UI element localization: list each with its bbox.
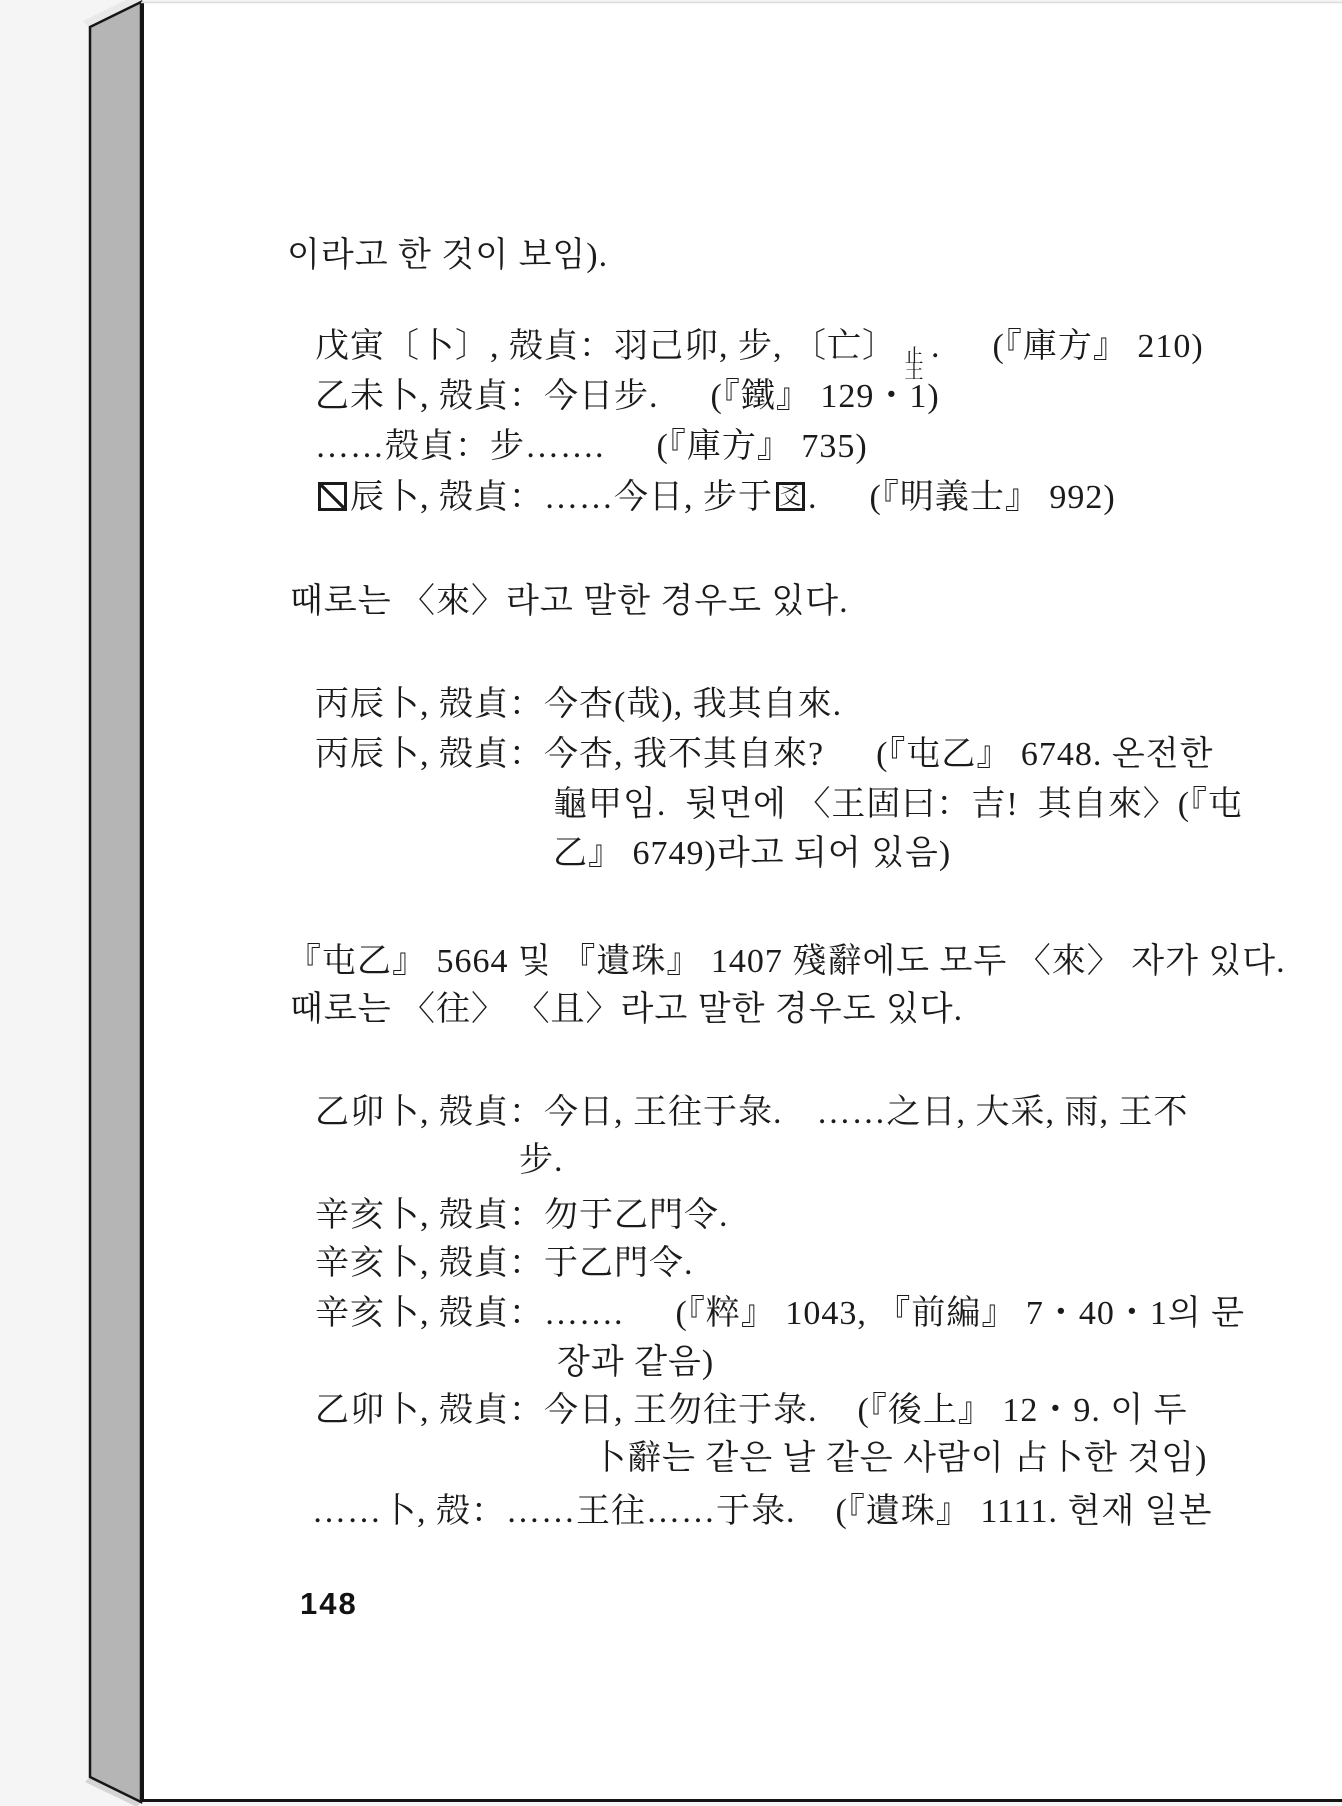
- inline-gap: [659, 406, 711, 407]
- text-line: 때로는 〈往〉 〈且〉라고 말한 경우도 있다.: [290, 992, 963, 1028]
- text-line: 辛亥卜, 殻貞：于乙門令.: [315, 1246, 694, 1282]
- text-segment: 辛亥卜, 殻貞：…….: [315, 1295, 624, 1332]
- text-segment: 乙』 6749)라고 되어 있음): [553, 835, 951, 872]
- text-line: 步.: [519, 1143, 564, 1179]
- text-line: 戊寅〔卜〕, 殻貞：羽己卯, 步, 〔亡〕止土.(『庫方』 210): [315, 329, 1204, 382]
- text-segment: 戊寅〔卜〕, 殻貞：羽己卯, 步, 〔亡〕: [315, 328, 897, 365]
- text-line: 때로는 〈來〉라고 말한 경우도 있다.: [290, 584, 849, 620]
- lu-place-glyph: 彔: [751, 1493, 786, 1530]
- text-line: 丙辰卜, 殻貞：今杏(哉), 我其自來.: [315, 687, 842, 723]
- text-segment: 辰卜, 殻貞：……今日, 步于: [350, 479, 773, 516]
- inline-gap: [605, 456, 657, 457]
- text-segment: 丙辰卜, 殻貞：今杏, 我不其自來?: [315, 736, 824, 773]
- text-segment: 『屯乙』 5664 및 『遺珠』 1407 殘辭에도 모두 〈來〉 자가 있다.: [287, 943, 1286, 980]
- inline-gap: [818, 1420, 858, 1421]
- inline-gap: [824, 764, 876, 765]
- text-segment: .: [931, 328, 941, 365]
- text-segment: 때로는 〈來〉라고 말한 경우도 있다.: [290, 583, 849, 620]
- text-line: 辛亥卜, 殻貞：勿于乙門令.: [315, 1198, 729, 1234]
- text-line: ……殻貞：步…….(『庫方』 735): [315, 429, 868, 465]
- text-segment: (『明義士』 992): [870, 479, 1116, 516]
- text-segment: 이라고 한 것이 보임).: [287, 237, 608, 274]
- text-segment: 辛亥卜, 殻貞：于乙門令.: [315, 1245, 694, 1282]
- text-segment: (『庫方』 735): [657, 428, 868, 465]
- text-segment: (『屯乙』 6748. 온전한: [876, 736, 1213, 773]
- text-line: 『屯乙』 5664 및 『遺珠』 1407 殘辭에도 모두 〈來〉 자가 있다.: [287, 944, 1286, 980]
- inline-gap: [941, 356, 993, 357]
- text-segment: 때로는 〈往〉 〈且〉라고 말한 경우도 있다.: [290, 991, 963, 1028]
- text-line: 龜甲임. 뒷면에 〈王固曰：吉! 其自來〉(『屯: [553, 787, 1243, 823]
- text-line: ……卜, 殻：……王往……于彔.(『遺珠』 1111. 현재 일본: [312, 1494, 1212, 1530]
- text-line: 卜辭는 같은 날 같은 사람이 占卜한 것임): [592, 1441, 1207, 1477]
- text-segment: .: [773, 1094, 783, 1131]
- text-line: 丙辰卜, 殻貞：今杏, 我不其自來?(『屯乙』 6748. 온전한: [315, 737, 1213, 773]
- text-line: 장과 같음): [557, 1345, 714, 1381]
- inline-gap: [783, 1122, 817, 1123]
- page-text-block: 이라고 한 것이 보임).戊寅〔卜〕, 殻貞：羽己卯, 步, 〔亡〕止土.(『庫…: [0, 0, 1342, 1806]
- text-segment: .: [808, 479, 818, 516]
- lu-place-glyph: 彔: [738, 1094, 773, 1131]
- inline-gap: [796, 1521, 836, 1522]
- text-segment: (『庫方』 210): [993, 328, 1204, 365]
- text-segment: ……殻貞：步…….: [315, 428, 605, 465]
- text-line: 이라고 한 것이 보임).: [287, 238, 608, 274]
- text-segment: (『後上』 12・9. 이 두: [858, 1392, 1188, 1429]
- inline-gap: [624, 1323, 676, 1324]
- page-number: 148: [300, 1586, 358, 1622]
- text-segment: (『粹』 1043, 『前編』 7・40・1의 문: [676, 1295, 1246, 1332]
- lu-place-glyph: 彔: [773, 1392, 808, 1429]
- text-line: 乙未卜, 殻貞：今日步.(『鐵』 129・1): [315, 379, 940, 415]
- text-segment: 乙卯卜, 殻貞：今日, 王勿往于: [315, 1392, 773, 1429]
- text-segment: 卜辭는 같은 날 같은 사람이 占卜한 것임): [592, 1440, 1207, 1477]
- text-segment: 장과 같음): [557, 1344, 714, 1381]
- text-segment: (『遺珠』 1111. 현재 일본: [836, 1493, 1213, 1530]
- text-segment: .: [786, 1493, 796, 1530]
- text-segment: ……卜, 殻：……王往……于: [312, 1493, 751, 1530]
- text-segment: 丙辰卜, 殻貞：今杏(哉), 我其自來.: [315, 686, 842, 723]
- text-segment: (『鐵』 129・1): [711, 378, 940, 415]
- text-segment: 乙未卜, 殻貞：今日步.: [315, 378, 659, 415]
- text-segment: .: [808, 1392, 818, 1429]
- text-segment: ……之日, 大采, 雨, 王不: [817, 1094, 1189, 1131]
- text-line: 辰卜, 殻貞：……今日, 步于爻.(『明義士』 992): [315, 480, 1116, 516]
- text-line: 辛亥卜, 殻貞：…….(『粹』 1043, 『前編』 7・40・1의 문: [315, 1296, 1245, 1332]
- slashed-box-glyph: [318, 482, 347, 511]
- text-segment: 辛亥卜, 殻貞：勿于乙門令.: [315, 1197, 729, 1234]
- text-line: 乙』 6749)라고 되어 있음): [553, 836, 951, 872]
- text-segment: 龜甲임. 뒷면에 〈王固曰：吉! 其自來〉(『屯: [553, 786, 1243, 823]
- yao-box-glyph: 爻: [776, 482, 805, 511]
- text-segment: 乙卯卜, 殻貞：今日, 王往于: [315, 1094, 738, 1131]
- text-line: 乙卯卜, 殻貞：今日, 王勿往于彔.(『後上』 12・9. 이 두: [315, 1393, 1188, 1429]
- text-segment: 步.: [519, 1142, 564, 1179]
- inline-gap: [818, 507, 870, 508]
- text-line: 乙卯卜, 殻貞：今日, 王往于彔.……之日, 大采, 雨, 王不: [315, 1095, 1189, 1131]
